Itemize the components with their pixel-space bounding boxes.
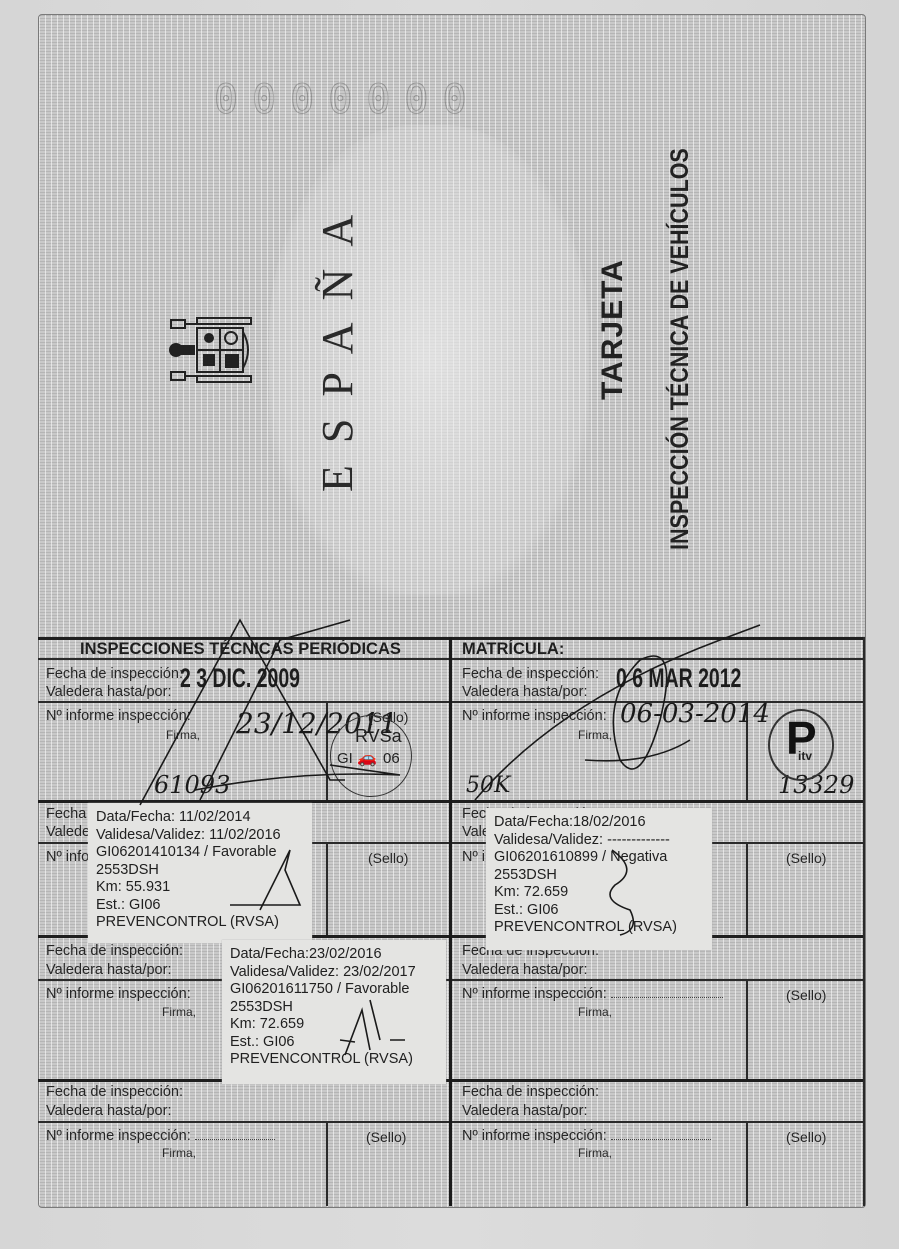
sticker-plate: 2553DSH	[96, 862, 304, 880]
valid-until-label: Valedera hasta/por:	[462, 1103, 587, 1119]
valid-until-label: Valedera hasta/por:	[462, 684, 587, 700]
sticker-company: PREVENCONTROL (RVSA)	[494, 919, 704, 937]
inspection-date-label: Fecha de inspección:	[462, 1084, 599, 1100]
valid-until-label: Valedera hasta/por:	[46, 1103, 171, 1119]
sticker-validity: Validesa/Validez: -------------	[494, 832, 704, 850]
report-number-label: Nº informe inspección:	[46, 708, 191, 724]
registration-header: MATRÍCULA:	[462, 640, 564, 659]
signature-label: Firma,	[162, 1005, 196, 1019]
seal-label: (Sello)	[366, 1129, 406, 1145]
report-number-label: Nº informe inspección:	[46, 1128, 275, 1144]
sticker-mileage: Km: 55.931	[96, 879, 304, 897]
sticker-date: Data/Fecha:23/02/2016	[230, 946, 438, 964]
signature-label: Firma,	[166, 728, 200, 742]
sticker-report-result: GI06201410134 / Favorable	[96, 844, 304, 862]
report-number-label: Nº informe inspección:	[462, 708, 607, 724]
sticker-plate: 2553DSH	[494, 867, 704, 885]
signature-label: Firma,	[578, 728, 612, 742]
sticker-date: Data/Fecha:18/02/2016	[494, 814, 704, 832]
sticker-validity: Validesa/Validez: 11/02/2016	[96, 827, 304, 845]
itv-logo-text: itv	[798, 749, 812, 763]
stamped-inspection-date: 0 6 MAR 2012	[616, 663, 741, 694]
handwritten-note: 50K	[466, 773, 510, 798]
seal-label: (Sello)	[368, 850, 408, 866]
inspection-sticker-2016-favorable: Data/Fecha:23/02/2016 Validesa/Validez: …	[222, 940, 446, 1084]
seal-province: GI	[337, 750, 353, 767]
report-number-label: Nº informe inspección:	[46, 986, 191, 1002]
card-title: INSPECCIÓN TÉCNICA DE VEHÍCULOS	[666, 148, 695, 550]
sticker-report-result: GI06201611750 / Favorable	[230, 981, 438, 999]
sticker-mileage: Km: 72.659	[230, 1016, 438, 1034]
inspection-date-label: Fecha de inspección:	[46, 666, 183, 682]
report-number-label: Nº informe inspección:	[462, 1128, 711, 1144]
inspection-date-label: Fecha de inspección:	[46, 943, 183, 959]
perforated-serial-number: 0000000	[214, 77, 481, 123]
signature-label: Firma,	[578, 1146, 612, 1160]
sticker-station: Est.: GI06	[96, 897, 304, 915]
seal-text: RVSa	[355, 726, 402, 747]
inspection-sticker-2016-negative: Data/Fecha:18/02/2016 Validesa/Validez: …	[486, 808, 712, 950]
report-number-label: Nº informe inspección:	[462, 986, 723, 1002]
sticker-station: Est.: GI06	[494, 902, 704, 920]
handwritten-valid-date: 06-03-2014	[620, 699, 770, 729]
periodic-inspections-header: INSPECCIONES TÉCNICAS PERIÓDICAS	[80, 640, 401, 659]
sticker-report-result: GI06201610899 / Negativa	[494, 849, 704, 867]
sticker-company: PREVENCONTROL (RVSA)	[96, 914, 304, 932]
handwritten-report-number: 61093	[154, 771, 230, 799]
itv-seal: P itv	[768, 709, 834, 781]
seal-label: (Sello)	[786, 850, 826, 866]
seal-label: (Sello)	[786, 1129, 826, 1145]
sticker-validity: Validesa/Validez: 23/02/2017	[230, 964, 438, 982]
inspection-sticker-2014: Data/Fecha: 11/02/2014 Validesa/Validez:…	[88, 803, 312, 943]
signature-label: Firma,	[162, 1146, 196, 1160]
car-icon: 🚗	[357, 748, 377, 768]
stamped-inspection-date: 2 3 DIC. 2009	[180, 663, 300, 694]
valid-until-label: Valedera hasta/por:	[46, 962, 171, 978]
inspection-date-label: Fecha de inspección:	[46, 1084, 183, 1100]
seal-station: 06	[383, 750, 400, 767]
seal-label: (Sello)	[786, 987, 826, 1003]
signature-label: Firma,	[578, 1005, 612, 1019]
card-word: TARJETA	[596, 259, 630, 400]
inspection-date-label: Fecha de inspección:	[462, 666, 599, 682]
rvsa-seal: RVSa GI 🚗 06	[330, 715, 412, 797]
sticker-company: PREVENCONTROL (RVSA)	[230, 1051, 438, 1069]
valid-until-label: Valedera hasta/por:	[462, 962, 587, 978]
country-name: ESPAÑA	[312, 193, 363, 492]
valid-until-label: Valedera hasta/por:	[46, 684, 171, 700]
sticker-plate: 2553DSH	[230, 999, 438, 1017]
sticker-mileage: Km: 72.659	[494, 884, 704, 902]
spain-coat-of-arms-icon	[167, 312, 255, 388]
sticker-station: Est.: GI06	[230, 1034, 438, 1052]
sticker-date: Data/Fecha: 11/02/2014	[96, 809, 304, 827]
